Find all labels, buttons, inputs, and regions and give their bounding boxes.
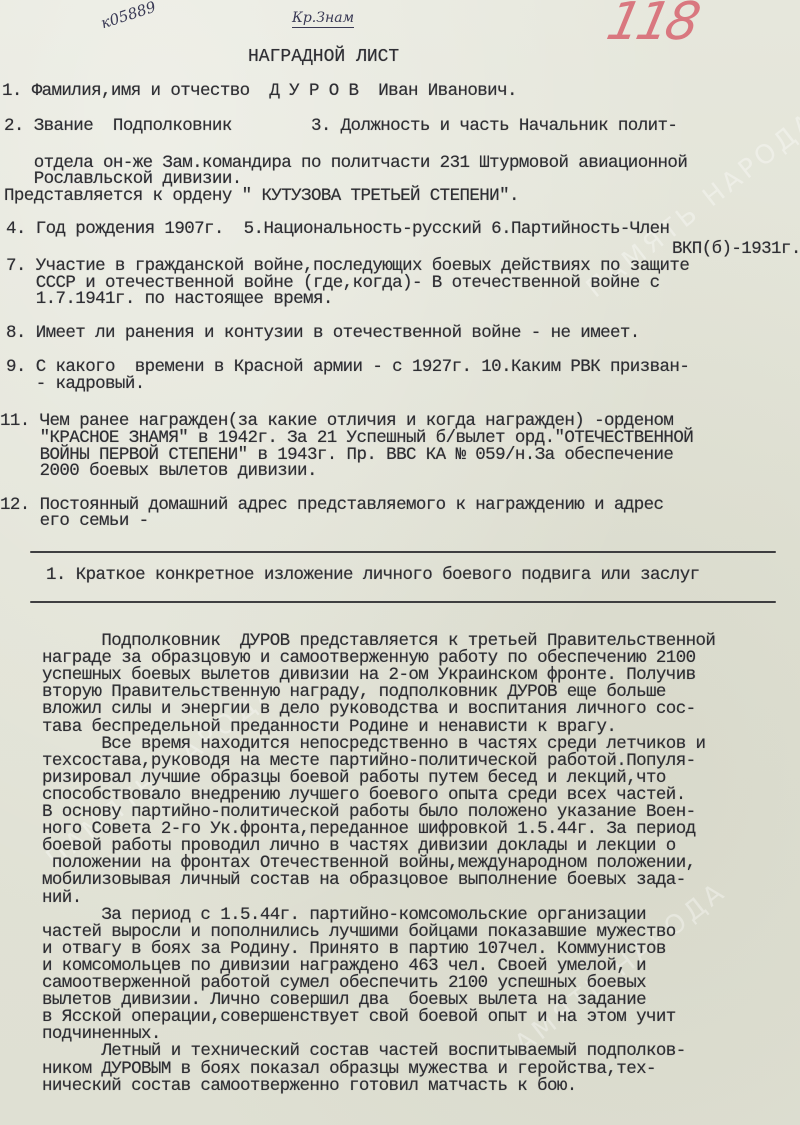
narrative-line: Летный и технический состав частей воспи… — [42, 1042, 686, 1060]
field-order: Представляется к ордену " КУТУЗОВА ТРЕТЬ… — [4, 187, 519, 205]
field-war-participation-cont: 1.7.1941г. по настоящее время. — [6, 290, 333, 308]
narrative-line: Все время находится непосредственно в ча… — [42, 735, 705, 753]
category-mark: Кр.Знам — [292, 10, 354, 28]
field-name: 1. Фамилия,имя и отчество Д У Р О В Иван… — [2, 82, 517, 100]
document-title: НАГРАДНОЙ ЛИСТ — [248, 48, 399, 66]
narrative-line: техсостава,руководя на месте партийно-по… — [42, 752, 696, 770]
page-number: 118 — [602, 0, 702, 52]
archive-number: к05889 — [99, 0, 158, 32]
section-heading: 1. Краткое конкретное изложение личного … — [46, 566, 700, 584]
field-service-since-cont: - кадровый. — [6, 375, 145, 393]
field-previous-awards-cont: 2000 боевых вылетов дивизии. — [0, 462, 317, 480]
field-rank-position: 2. Звание Подполковник 3. Должность и ча… — [4, 117, 677, 135]
divider-line — [30, 551, 776, 553]
narrative-line: За период с 1.5.44г. партийно-комсомольс… — [42, 906, 646, 924]
field-party-year: ВКП(б)-1931г. — [672, 240, 800, 258]
narrative-line: мобилизовывая личный состав на образцово… — [42, 871, 686, 889]
narrative-line: вложил силы и энергии в дело руководства… — [42, 700, 696, 718]
field-birth-nationality-party: 4. Год рождения 1907г. 5.Национальность-… — [6, 220, 669, 238]
document-page: ПАМЯТЬ НАРОДА ПАМЯТЬ НАРОДА ПАМЯТЬ НАРОД… — [0, 0, 800, 1125]
narrative-line: частей выросли и пополнились лучшими бой… — [42, 923, 676, 941]
narrative-line: ником ДУРОВЫМ в боях показал образцы муж… — [42, 1060, 656, 1078]
narrative-line: нический состав самоотверженно готовил м… — [42, 1077, 577, 1095]
field-wounds: 8. Имеет ли ранения и контузии в отечест… — [6, 324, 640, 342]
narrative-line: тава беспредельной преданности Родине и … — [42, 718, 616, 736]
divider-line — [30, 601, 776, 603]
narrative-line: ний. — [42, 889, 82, 907]
field-home-address-cont: его семьи - — [0, 512, 149, 530]
